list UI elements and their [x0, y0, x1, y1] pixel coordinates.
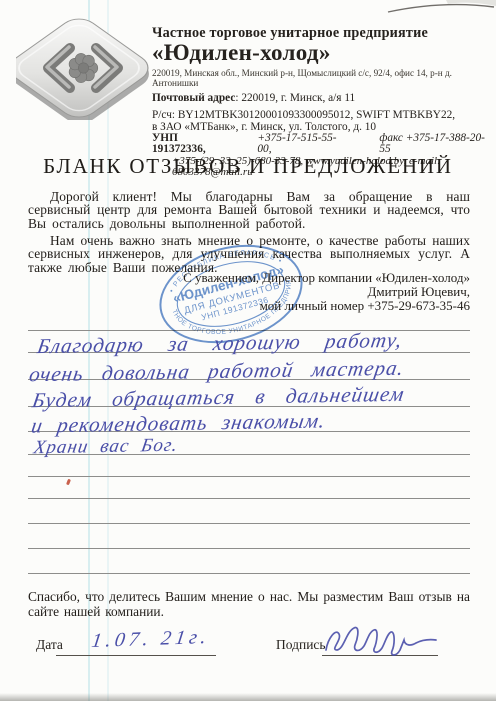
org-address: 220019, Минская обл., Минский р-н, Щомыс… — [152, 68, 492, 88]
thanks-paragraph: Спасибо, что делитесь Вашим мнение о нас… — [28, 590, 470, 619]
feedback-request-paragraph: Нам очень важно знать мнение о ремонте, … — [28, 234, 470, 274]
org-type: Частное торговое унитарное предприятие — [152, 25, 492, 41]
date-underline — [56, 655, 216, 656]
unp-number: УНП 191372336, — [152, 133, 231, 155]
red-ink-speck — [66, 479, 71, 486]
handwritten-date: 1.07. 21г. — [90, 626, 211, 653]
ruled-line — [28, 573, 470, 574]
ruled-line — [28, 498, 470, 499]
handwritten-review-line: Будем обращаться в дальнейшем — [30, 382, 406, 413]
postal-label: Почтовый адрес — [152, 92, 235, 104]
handwritten-review-line: Храни вас Бог. — [32, 435, 180, 460]
scanned-feedback-form: Частное торговое унитарное предприятие «… — [0, 0, 496, 701]
intro-paragraph: Дорогой клиент! Мы благодарны Вам за обр… — [28, 190, 470, 230]
director-name: Дмитрий Юцевич, — [150, 285, 470, 299]
ruled-line — [28, 476, 470, 477]
regards-line: С уважением, Директор компании «Юдилен-х… — [150, 271, 470, 285]
fax-number: факс +375-17-388-20-55 — [379, 133, 492, 155]
ruled-line — [28, 548, 470, 549]
scan-bottom-shadow — [0, 693, 496, 701]
company-logo-icon — [16, 16, 150, 120]
director-phone: мой личный номер +375-29-673-35-46 — [150, 299, 470, 313]
org-name: «Юдилен-холод» — [152, 41, 492, 65]
postal-value: : 220019, г. Минск, а/я 11 — [235, 92, 355, 104]
bank-account-line: Р/сч: BY12MTBK30120001093300095012, SWIF… — [152, 110, 492, 121]
phone-main: +375-17-515-55-00, — [257, 133, 347, 155]
scan-corner-artifact — [386, 0, 496, 22]
handwritten-review-line: Благодарю за хорошую работу, — [35, 328, 404, 359]
unp-phone-row: УНП 191372336, +375-17-515-55-00, факс +… — [152, 133, 492, 155]
handwritten-signature — [316, 618, 446, 660]
form-title: БЛАНК ОТЗЫВОВ И ПРЕДЛОЖЕНИЙ — [0, 154, 496, 179]
signature-block: С уважением, Директор компании «Юдилен-х… — [150, 271, 470, 312]
date-label: Дата — [36, 637, 63, 653]
postal-address: Почтовый адрес: 220019, г. Минск, а/я 11 — [152, 92, 492, 104]
ruled-line — [28, 523, 470, 524]
bank-name-line: в ЗАО «МТБанк», г. Минск, ул. Толстого, … — [152, 122, 492, 133]
